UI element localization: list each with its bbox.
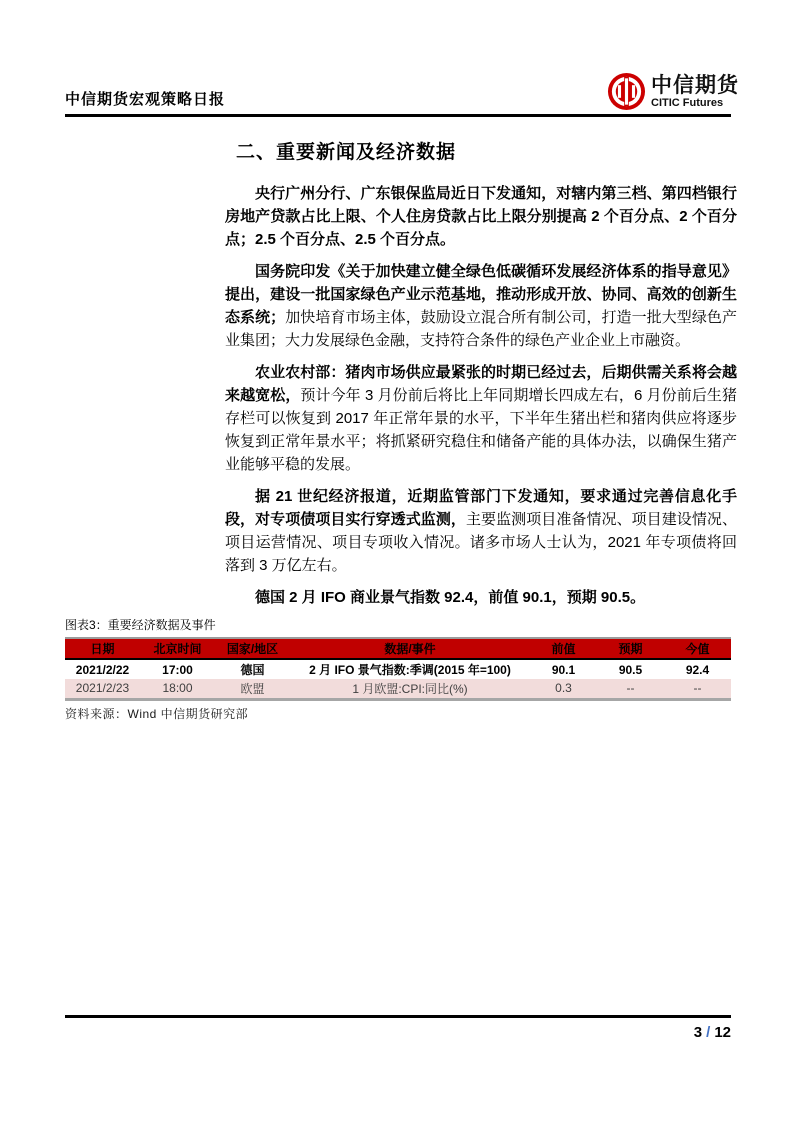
citic-futures-logo: 中信期货 CITIC Futures xyxy=(607,72,739,111)
figure-caption: 图表3：重要经济数据及事件 xyxy=(65,616,216,633)
col-header-beijing-time: 北京时间 xyxy=(140,638,215,659)
report-page: 中信期货宏观策略日报 中信期货 CITIC Futures 二、重要新闻及经济数… xyxy=(0,0,793,1122)
col-header-expected: 预期 xyxy=(597,638,664,659)
col-header-region: 国家/地区 xyxy=(215,638,290,659)
cell-expected: -- xyxy=(597,679,664,699)
paragraph-special-bonds: 据 21 世纪经济报道，近期监管部门下发通知，要求通过完善信息化手段，对专项债项… xyxy=(225,485,737,577)
data-source-note: 资料来源：Wind 中信期货研究部 xyxy=(65,705,248,722)
cell-date: 2021/2/23 xyxy=(65,679,140,699)
cell-region: 欧盟 xyxy=(215,679,290,699)
logo-text: 中信期货 CITIC Futures xyxy=(651,75,739,109)
col-header-actual: 今值 xyxy=(664,638,731,659)
cell-previous: 90.1 xyxy=(530,659,597,679)
cell-actual: 92.4 xyxy=(664,659,731,679)
section-title: 二、重要新闻及经济数据 xyxy=(236,137,456,164)
table-row: 2021/2/23 18:00 欧盟 1 月欧盟:CPI:同比(%) 0.3 -… xyxy=(65,679,731,699)
col-header-previous: 前值 xyxy=(530,638,597,659)
paragraph-agriculture-pork: 农业农村部：猪肉市场供应最紧张的时期已经过去，后期供需关系将会越来越宽松，预计今… xyxy=(225,361,737,476)
cell-actual: -- xyxy=(664,679,731,699)
economic-data-table: 日期 北京时间 国家/地区 数据/事件 前值 预期 今值 2021/2/22 1… xyxy=(65,637,731,701)
col-header-event: 数据/事件 xyxy=(290,638,530,659)
table-header-row: 日期 北京时间 国家/地区 数据/事件 前值 预期 今值 xyxy=(65,638,731,659)
logo-brand-cn: 中信期货 xyxy=(651,75,739,96)
page-number: 3/12 xyxy=(431,1024,731,1041)
page-separator: / xyxy=(702,1024,714,1041)
cell-time: 17:00 xyxy=(140,659,215,679)
paragraph-germany-ifo: 德国 2 月 IFO 商业景气指数 92.4，前值 90.1，预期 90.5。 xyxy=(225,586,737,609)
cell-event: 1 月欧盟:CPI:同比(%) xyxy=(290,679,530,699)
logo-brand-en: CITIC Futures xyxy=(651,98,739,109)
footer-divider xyxy=(65,1015,731,1018)
page-current: 3 xyxy=(694,1024,702,1041)
cell-event: 2 月 IFO 景气指数:季调(2015 年=100) xyxy=(290,659,530,679)
cell-expected: 90.5 xyxy=(597,659,664,679)
paragraph-pboc-notice: 央行广州分行、广东银保监局近日下发通知，对辖内第三档、第四档银行房地产贷款占比上… xyxy=(225,182,737,251)
doc-title: 中信期货宏观策略日报 xyxy=(65,88,225,109)
news-body: 央行广州分行、广东银保监局近日下发通知，对辖内第三档、第四档银行房地产贷款占比上… xyxy=(225,182,737,618)
cell-date: 2021/2/22 xyxy=(65,659,140,679)
cell-time: 18:00 xyxy=(140,679,215,699)
paragraph-state-council-green: 国务院印发《关于加快建立健全绿色低碳循环发展经济体系的指导意见》提出，建设一批国… xyxy=(225,260,737,352)
cell-previous: 0.3 xyxy=(530,679,597,699)
citic-logo-icon xyxy=(607,72,646,111)
cell-region: 德国 xyxy=(215,659,290,679)
header-divider xyxy=(65,114,731,117)
col-header-date: 日期 xyxy=(65,638,140,659)
table-row: 2021/2/22 17:00 德国 2 月 IFO 景气指数:季调(2015 … xyxy=(65,659,731,679)
page-total: 12 xyxy=(714,1024,731,1041)
